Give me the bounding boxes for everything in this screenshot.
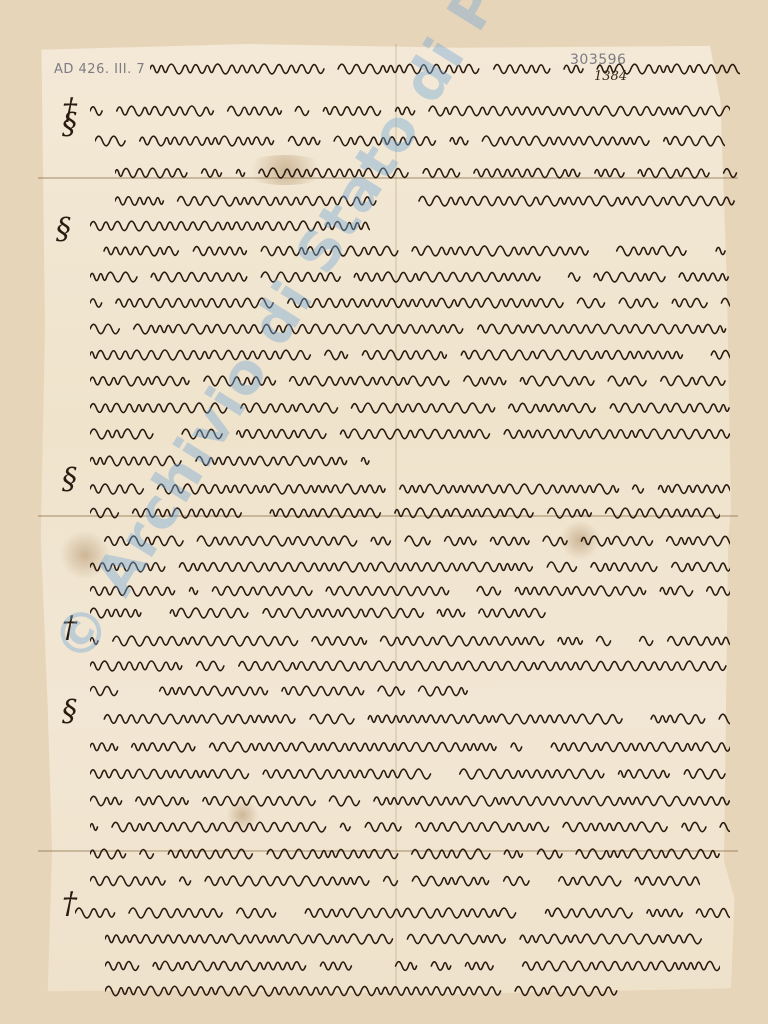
paragraph-mark: §	[56, 212, 71, 247]
handwritten-line	[90, 371, 730, 389]
handwritten-line	[105, 956, 720, 974]
paragraph-mark: §	[62, 107, 77, 142]
handwritten-line	[90, 241, 730, 259]
handwritten-line	[90, 557, 730, 575]
handwritten-line	[115, 163, 740, 181]
handwritten-line	[90, 267, 730, 285]
handwritten-line	[90, 603, 550, 621]
handwritten-line	[90, 817, 730, 835]
paragraph-mark: §	[62, 462, 77, 497]
handwritten-line	[90, 631, 730, 649]
handwritten-line	[90, 764, 730, 782]
handwritten-line	[75, 903, 730, 921]
handwritten-line	[90, 871, 700, 889]
handwritten-line	[90, 293, 730, 311]
handwritten-line	[90, 656, 730, 674]
handwritten-line	[90, 737, 730, 755]
handwritten-line	[90, 681, 470, 699]
date-fragment: 1384	[594, 69, 627, 84]
handwritten-line	[90, 531, 730, 549]
handwritten-line	[90, 709, 730, 727]
handwritten-line	[105, 929, 720, 947]
paragraph-mark: †	[62, 886, 77, 921]
handwritten-line	[115, 191, 735, 209]
handwritten-line	[90, 791, 730, 809]
paragraph-mark: §	[62, 694, 77, 729]
shelfmark-label: AD 426. III. 7	[54, 62, 145, 77]
handwritten-line	[90, 345, 730, 363]
handwritten-line	[105, 981, 625, 999]
handwritten-line	[90, 844, 730, 862]
handwritten-line	[90, 581, 730, 599]
handwritten-line	[90, 319, 730, 337]
